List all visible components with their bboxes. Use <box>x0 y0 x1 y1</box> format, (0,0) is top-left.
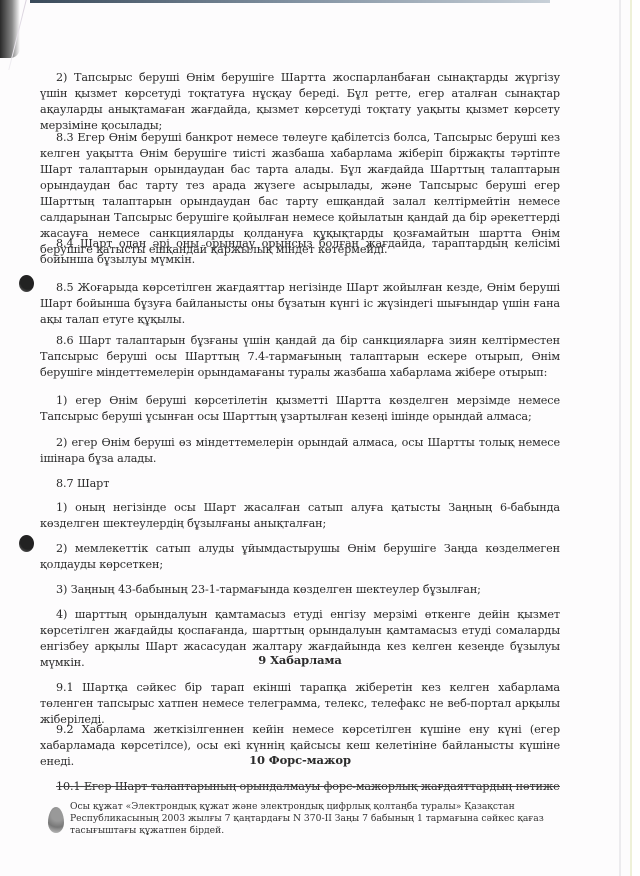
stamp-line: тасығыштағы құжатпен бірдей. <box>70 825 590 837</box>
section-heading-10: 10 Форс-мажор <box>40 752 560 768</box>
paragraph-8-6-2: 2) егер Өнім беруші өз міндеттемелерін о… <box>40 435 560 467</box>
scan-shadow <box>0 0 20 58</box>
paragraph-8-7-2: 2) мемлекеттік сатып алуды ұйымдастырушы… <box>40 541 560 573</box>
punch-hole-icon <box>19 535 34 552</box>
paragraph-text: 9.1 Шартқа сәйкес бір тарап екінші тарап… <box>40 681 560 726</box>
paragraph-text: 8.4 Шарт одан әрі оны орындау орынсыз бо… <box>40 237 560 266</box>
paragraph-text: 8.5 Жоғарыда көрсетілген жағдаяттар негі… <box>40 281 560 326</box>
paragraph-text: 1) егер Өнім беруші көрсетілетін қызметт… <box>40 394 560 423</box>
section-heading-9: 9 Хабарлама <box>40 652 560 668</box>
stamp-line: Республикасының 2003 жылғы 7 қаңтардағы … <box>70 813 590 825</box>
paragraph-text: 10.1 Егер Шарт талаптарының орындалмауы … <box>56 780 560 793</box>
paragraph-8-2-2: 2) Тапсырыс беруші Өнім берушіге Шартта … <box>40 70 560 134</box>
paragraph-text: 8.7 Шарт <box>56 477 109 490</box>
scanned-page: 2) Тапсырыс беруші Өнім берушіге Шартта … <box>0 0 632 876</box>
paragraph-8-7: 8.7 Шарт <box>40 476 560 492</box>
paragraph-text: 3) Заңның 43-бабының 23-1-тармағында көз… <box>56 583 481 596</box>
page-edge <box>630 0 632 876</box>
paragraph-text: 1) оның негізінде осы Шарт жасалған саты… <box>40 501 560 530</box>
paragraph-9-1: 9.1 Шартқа сәйкес бір тарап екінші тарап… <box>40 680 560 728</box>
paragraph-8-6: 8.6 Шарт талаптарын бұзғаны үшін қандай … <box>40 333 560 381</box>
stamp-line: Осы құжат «Электрондық құжат және электр… <box>70 801 590 813</box>
paragraph-8-6-1: 1) егер Өнім беруші көрсетілетін қызметт… <box>40 393 560 425</box>
seal-icon <box>48 807 64 833</box>
paragraph-10-1: 10.1 Егер Шарт талаптарының орындалмауы … <box>40 779 560 795</box>
stamp-text: Осы құжат «Электрондық құжат және электр… <box>70 801 590 837</box>
paragraph-8-4: 8.4 Шарт одан әрі оны орындау орынсыз бо… <box>40 236 560 268</box>
paragraph-text: 2) Тапсырыс беруші Өнім берушіге Шартта … <box>40 71 560 132</box>
page-edge <box>619 0 621 876</box>
paragraph-text: 2) егер Өнім беруші өз міндеттемелерін о… <box>40 436 560 465</box>
paragraph-8-7-1: 1) оның негізінде осы Шарт жасалған саты… <box>40 500 560 532</box>
punch-hole-icon <box>19 275 34 292</box>
paragraph-8-5: 8.5 Жоғарыда көрсетілген жағдаяттар негі… <box>40 280 560 328</box>
paragraph-text: 8.6 Шарт талаптарын бұзғаны үшін қандай … <box>40 334 560 379</box>
paragraph-text: 2) мемлекеттік сатып алуды ұйымдастырушы… <box>40 542 560 571</box>
scan-edge-strip <box>30 0 550 3</box>
paragraph-8-7-3: 3) Заңның 43-бабының 23-1-тармағында көз… <box>40 582 560 598</box>
